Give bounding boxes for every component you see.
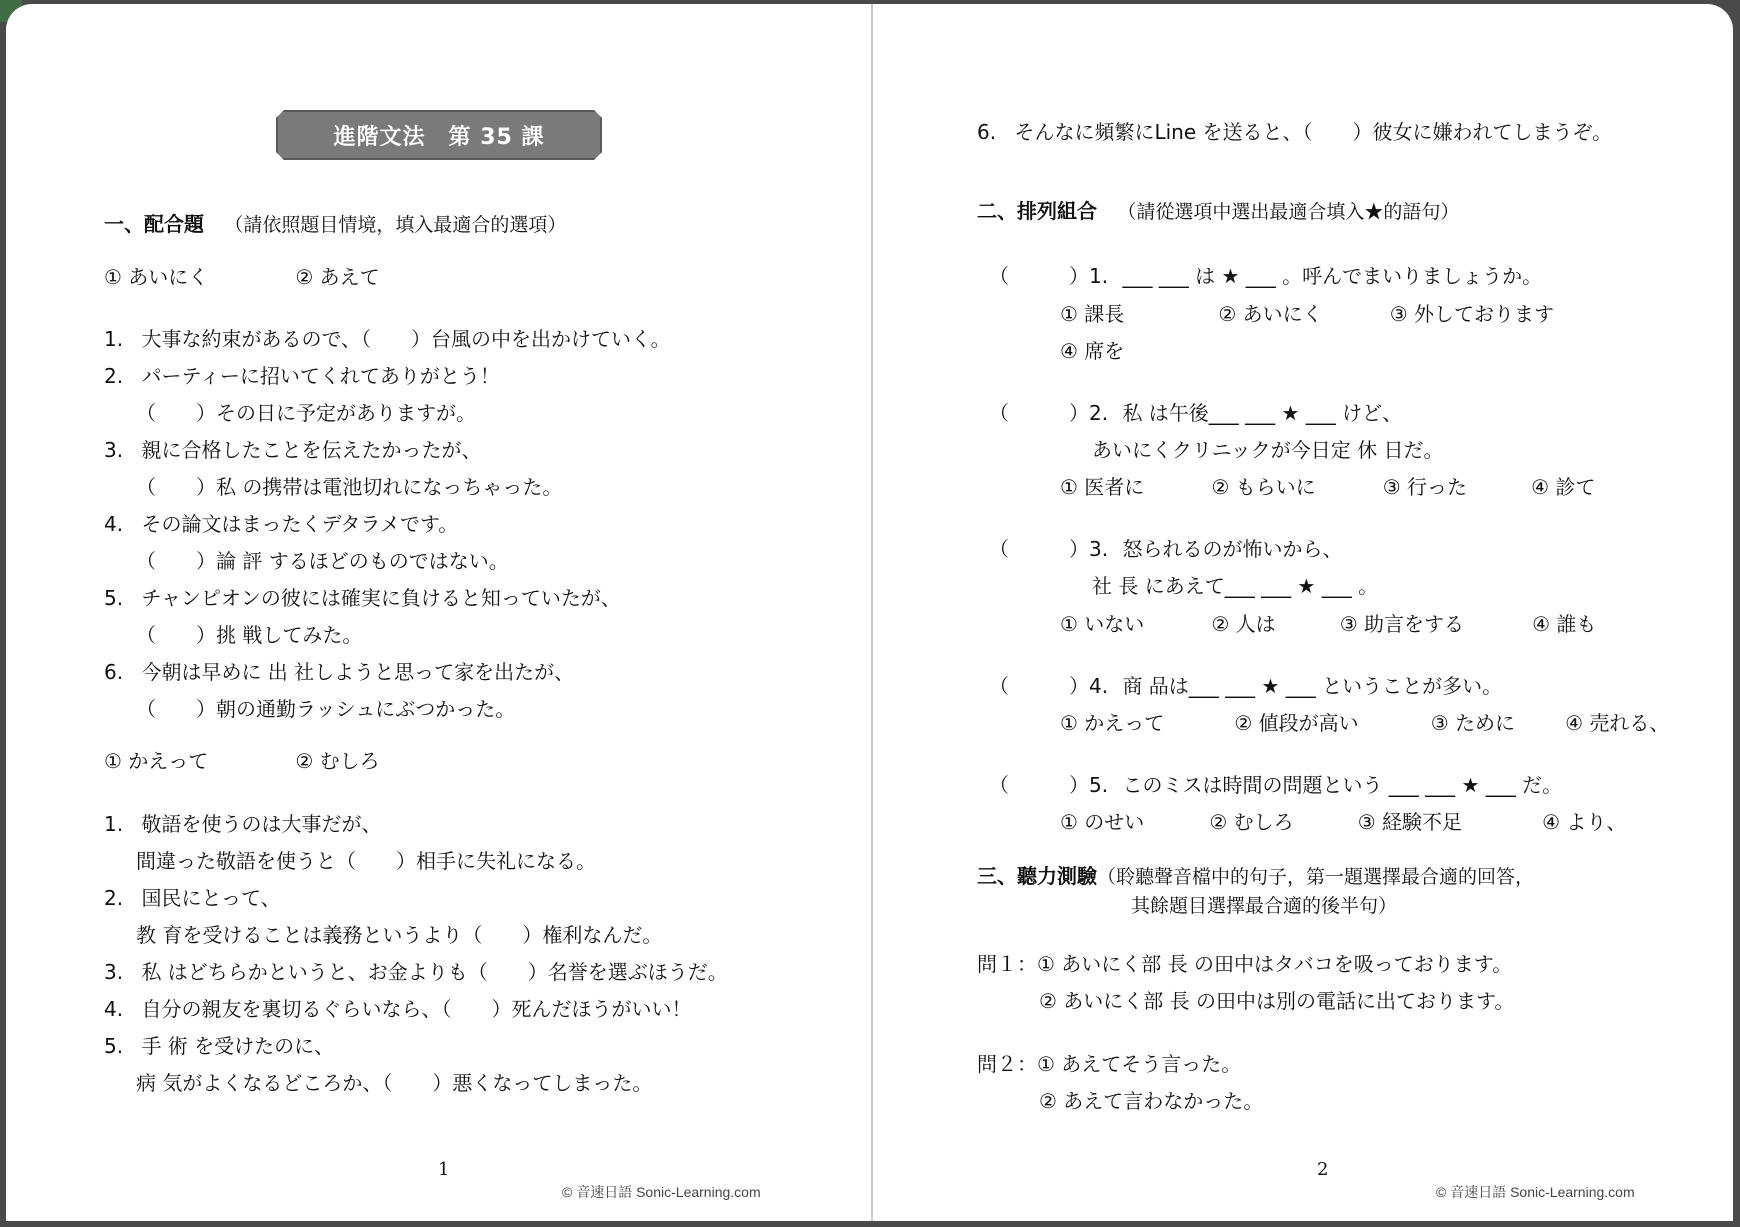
reorder-q4-options: ① かえって ② 値段が高い ③ ために ④ 売れる、 xyxy=(1060,711,1669,735)
question-A3-line2: （ ）私 の携帯は電池切れになっちゃった。 xyxy=(136,475,562,499)
question-number: 3. xyxy=(104,960,123,984)
question-label: 問１： xyxy=(977,952,1037,976)
section3-heading: 三、聽力測驗（聆聽聲音檔中的句子，第一題選擇最合適的回答， xyxy=(977,864,1534,889)
section2-title: 二、排列組合 xyxy=(977,199,1097,223)
question-number: 4. xyxy=(104,997,123,1021)
reorder-q1-options-2: ④ 席を xyxy=(1060,339,1124,363)
section1-heading: 一、配合題 （請依照題目情境，填入最適合的選項） xyxy=(104,212,566,237)
groupA-options: ① あいにく ② あえて xyxy=(104,265,380,289)
reorder-q3-line2: 社 長 にあえて___ ___ ★ ___ 。 xyxy=(1092,574,1378,598)
question-A2-line2: （ ）その日に予定がありますが。 xyxy=(136,401,476,425)
question-number: ）2. xyxy=(1069,401,1108,425)
reorder-q4: （）4. 商 品は___ ___ ★ ___ ということが多い。 xyxy=(989,674,1502,698)
listening-q2: 問２：① あえてそう言った。 xyxy=(977,1052,1241,1076)
option: ① のせい xyxy=(1060,810,1203,834)
page-2: 6. そんなに頻繁にLine を送ると、（ ）彼女に嫌われてしまうぞ。 二、排列… xyxy=(873,4,1733,1221)
question-text: 私 は午後___ ___ ★ ___ けど、 xyxy=(1122,401,1402,425)
question-number: 5. xyxy=(104,1034,123,1058)
question-number: ）4. xyxy=(1069,674,1108,698)
page-number: 2 xyxy=(1317,1159,1328,1180)
question-B2: 2. 国民にとって、 xyxy=(104,886,281,910)
option: ② 値段が高い xyxy=(1234,711,1424,735)
reorder-q2: （）2. 私 は午後___ ___ ★ ___ けど、 xyxy=(989,401,1402,425)
reorder-q3: （）3. 怒られるのが怖いから、 xyxy=(989,537,1342,561)
question-text: 手 術 を受けたのに、 xyxy=(141,1034,334,1058)
question-text: 商 品は___ ___ ★ ___ ということが多い。 xyxy=(1122,674,1502,698)
question-B3: 3. 私 はどちらかというと、お金よりも（ ）名誉を選ぶほうだ。 xyxy=(104,960,728,984)
document-spread: 進階文法 第 35 課 一、配合題 （請依照題目情境，填入最適合的選項） ① あ… xyxy=(6,4,1733,1221)
option: ② むしろ xyxy=(295,749,379,773)
reorder-q2-options: ① 医者に ② もらいに ③ 行った ④ 診て xyxy=(1060,475,1595,499)
question-number: 5. xyxy=(104,586,123,610)
answer-paren[interactable]: （ xyxy=(989,674,1009,698)
option: ② あいにく xyxy=(1218,302,1383,326)
answer-paren[interactable]: （ xyxy=(989,401,1009,425)
option: ④ 売れる、 xyxy=(1565,711,1669,735)
option: ② むしろ xyxy=(1209,810,1351,834)
question-text: そんなに頻繁にLine を送ると、（ ）彼女に嫌われてしまうぞ。 xyxy=(1014,120,1612,144)
question-B1: 1. 敬語を使うのは大事だが、 xyxy=(104,812,381,836)
question-number: 6. xyxy=(104,660,123,684)
question-A5-line2: （ ）挑 戦してみた。 xyxy=(136,623,362,647)
question-A3: 3. 親に合格したことを伝えたかったが、 xyxy=(104,438,481,462)
question-text: パーティーに招いてくれてありがとう！ xyxy=(141,364,499,388)
question-A1: 1. 大事な約束があるので、（ ）台風の中を出かけていく。 xyxy=(104,327,671,351)
option: ③ 経験不足 xyxy=(1358,810,1536,834)
question-number: ）3. xyxy=(1069,537,1108,561)
section2-note: （請從選項中選出最適合填入★的語句） xyxy=(1117,201,1459,223)
question-number: 1. xyxy=(104,327,123,351)
question-A4-line2: （ ）論 評 するほどのものではない。 xyxy=(136,549,509,573)
section3-note-line1: （聆聽聲音檔中的句子，第一題選擇最合適的回答， xyxy=(1097,866,1534,888)
question-number: ）5. xyxy=(1069,773,1108,797)
question-text: 大事な約束があるので、（ ）台風の中を出かけていく。 xyxy=(141,327,670,351)
question-text: 親に合格したことを伝えたかったが、 xyxy=(141,438,481,462)
answer-paren[interactable]: （ xyxy=(989,773,1009,797)
question-text: このミスは時間の問題という ___ ___ ★ ___ だ。 xyxy=(1122,773,1562,797)
question-text: その論文はまったくデタラメです。 xyxy=(141,512,458,536)
option: ② もらいに xyxy=(1211,475,1376,499)
question-text: チャンピオンの彼には確実に負けると知っていたが、 xyxy=(141,586,620,610)
option: ③ 外しております xyxy=(1390,302,1554,326)
section3-note-line2: 其餘題目選擇最合適的後半句） xyxy=(1131,894,1397,918)
section1-title: 一、配合題 xyxy=(104,212,204,236)
question-text: 自分の親友を裏切るぐらいなら、（ ）死んだほうがいい！ xyxy=(141,997,691,1021)
reorder-q5-options: ① のせい ② むしろ ③ 経験不足 ④ より、 xyxy=(1060,810,1626,834)
question-A4: 4. その論文はまったくデタラメです。 xyxy=(104,512,458,536)
option: ② 人は xyxy=(1211,612,1333,636)
reorder-q1-options: ① 課長 ② あいにく ③ 外しております xyxy=(1060,302,1554,326)
copyright-footer: © 音速日語 Sonic-Learning.com xyxy=(1436,1182,1635,1202)
option: ④ より、 xyxy=(1542,810,1626,834)
option: ③ ために xyxy=(1431,711,1559,735)
option: ① 医者に xyxy=(1060,475,1205,499)
listening-q1: 問１：① あいにく部 長 の田中はタバコを吸っております。 xyxy=(977,952,1512,976)
option: ④ 診て xyxy=(1531,475,1595,499)
option: ① かえって xyxy=(1060,711,1228,735)
answer-paren[interactable]: （ xyxy=(989,264,1009,288)
question-B1-line2: 間違った敬語を使うと（ ）相手に失礼になる。 xyxy=(136,849,596,873)
question-B5: 5. 手 術 を受けたのに、 xyxy=(104,1034,334,1058)
question-label: 問２： xyxy=(977,1052,1037,1076)
option: ① 課長 xyxy=(1060,302,1212,326)
answer-option: ① あえてそう言った。 xyxy=(1037,1052,1241,1076)
answer-option: ① あいにく部 長 の田中はタバコを吸っております。 xyxy=(1037,952,1512,976)
reorder-q5: （）5. このミスは時間の問題という ___ ___ ★ ___ だ。 xyxy=(989,773,1562,797)
question-text: 私 はどちらかというと、お金よりも（ ）名誉を選ぶほうだ。 xyxy=(141,960,727,984)
listening-q1-opt2: ② あいにく部 長 の田中は別の電話に出ております。 xyxy=(1039,989,1514,1013)
question-number: 1. xyxy=(104,812,123,836)
option: ③ 行った xyxy=(1383,475,1525,499)
reorder-q2-line2: あいにくクリニックが今日定 休 日だ。 xyxy=(1092,438,1444,462)
section1-note: （請依照題目情境，填入最適合的選項） xyxy=(224,214,566,236)
page-1: 進階文法 第 35 課 一、配合題 （請依照題目情境，填入最適合的選項） ① あ… xyxy=(6,4,871,1221)
option: ④ 誰も xyxy=(1532,612,1596,636)
reorder-q3-options: ① いない ② 人は ③ 助言をする ④ 誰も xyxy=(1060,612,1596,636)
answer-paren[interactable]: （ xyxy=(989,537,1009,561)
question-text: ___ ___ は ★ ___ 。呼んでまいりましょうか。 xyxy=(1122,264,1542,288)
section3-title: 三、聽力測驗 xyxy=(977,864,1097,888)
question-A6: 6. 今朝は早めに 出 社しようと思って家を出たが、 xyxy=(104,660,574,684)
question-A6-line2: （ ）朝の通勤ラッシュにぶつかった。 xyxy=(136,697,515,721)
question-A2: 2. パーティーに招いてくれてありがとう！ xyxy=(104,364,500,388)
question-A5: 5. チャンピオンの彼には確実に負けると知っていたが、 xyxy=(104,586,621,610)
question-number: ）1. xyxy=(1069,264,1108,288)
option: ① いない xyxy=(1060,612,1205,636)
option: ① かえって xyxy=(104,749,289,773)
question-number: 2. xyxy=(104,364,123,388)
question-text: 国民にとって、 xyxy=(141,886,280,910)
reorder-q1: （）1. ___ ___ は ★ ___ 。呼んでまいりましょうか。 xyxy=(989,264,1542,288)
question-text: 今朝は早めに 出 社しようと思って家を出たが、 xyxy=(141,660,574,684)
option: ① あいにく xyxy=(104,265,289,289)
question-B5-line2: 病 気がよくなるどころか、（ ）悪くなってしまった。 xyxy=(136,1071,652,1095)
groupB-options: ① かえって ② むしろ xyxy=(104,749,380,773)
question-number: 3. xyxy=(104,438,123,462)
question-text: 怒られるのが怖いから、 xyxy=(1122,537,1342,561)
section2-heading: 二、排列組合 （請從選項中選出最適合填入★的語句） xyxy=(977,199,1459,224)
lesson-title: 進階文法 第 35 課 xyxy=(276,110,602,160)
option: ② あえて xyxy=(295,265,379,289)
question-number: 4. xyxy=(104,512,123,536)
copyright-footer: © 音速日語 Sonic-Learning.com xyxy=(562,1182,761,1202)
question-text: 敬語を使うのは大事だが、 xyxy=(141,812,381,836)
question-number: 6. xyxy=(977,120,996,144)
page-number: 1 xyxy=(438,1159,449,1180)
listening-q2-opt2: ② あえて言わなかった。 xyxy=(1039,1089,1263,1113)
option: ③ 助言をする xyxy=(1340,612,1526,636)
question-B2-line2: 教 育を受けることは義務というより（ ）権利なんだ。 xyxy=(136,923,662,947)
question-number: 2. xyxy=(104,886,123,910)
question-B4: 4. 自分の親友を裏切るぐらいなら、（ ）死んだほうがいい！ xyxy=(104,997,691,1021)
question-B6: 6. そんなに頻繁にLine を送ると、（ ）彼女に嫌われてしまうぞ。 xyxy=(977,120,1612,144)
